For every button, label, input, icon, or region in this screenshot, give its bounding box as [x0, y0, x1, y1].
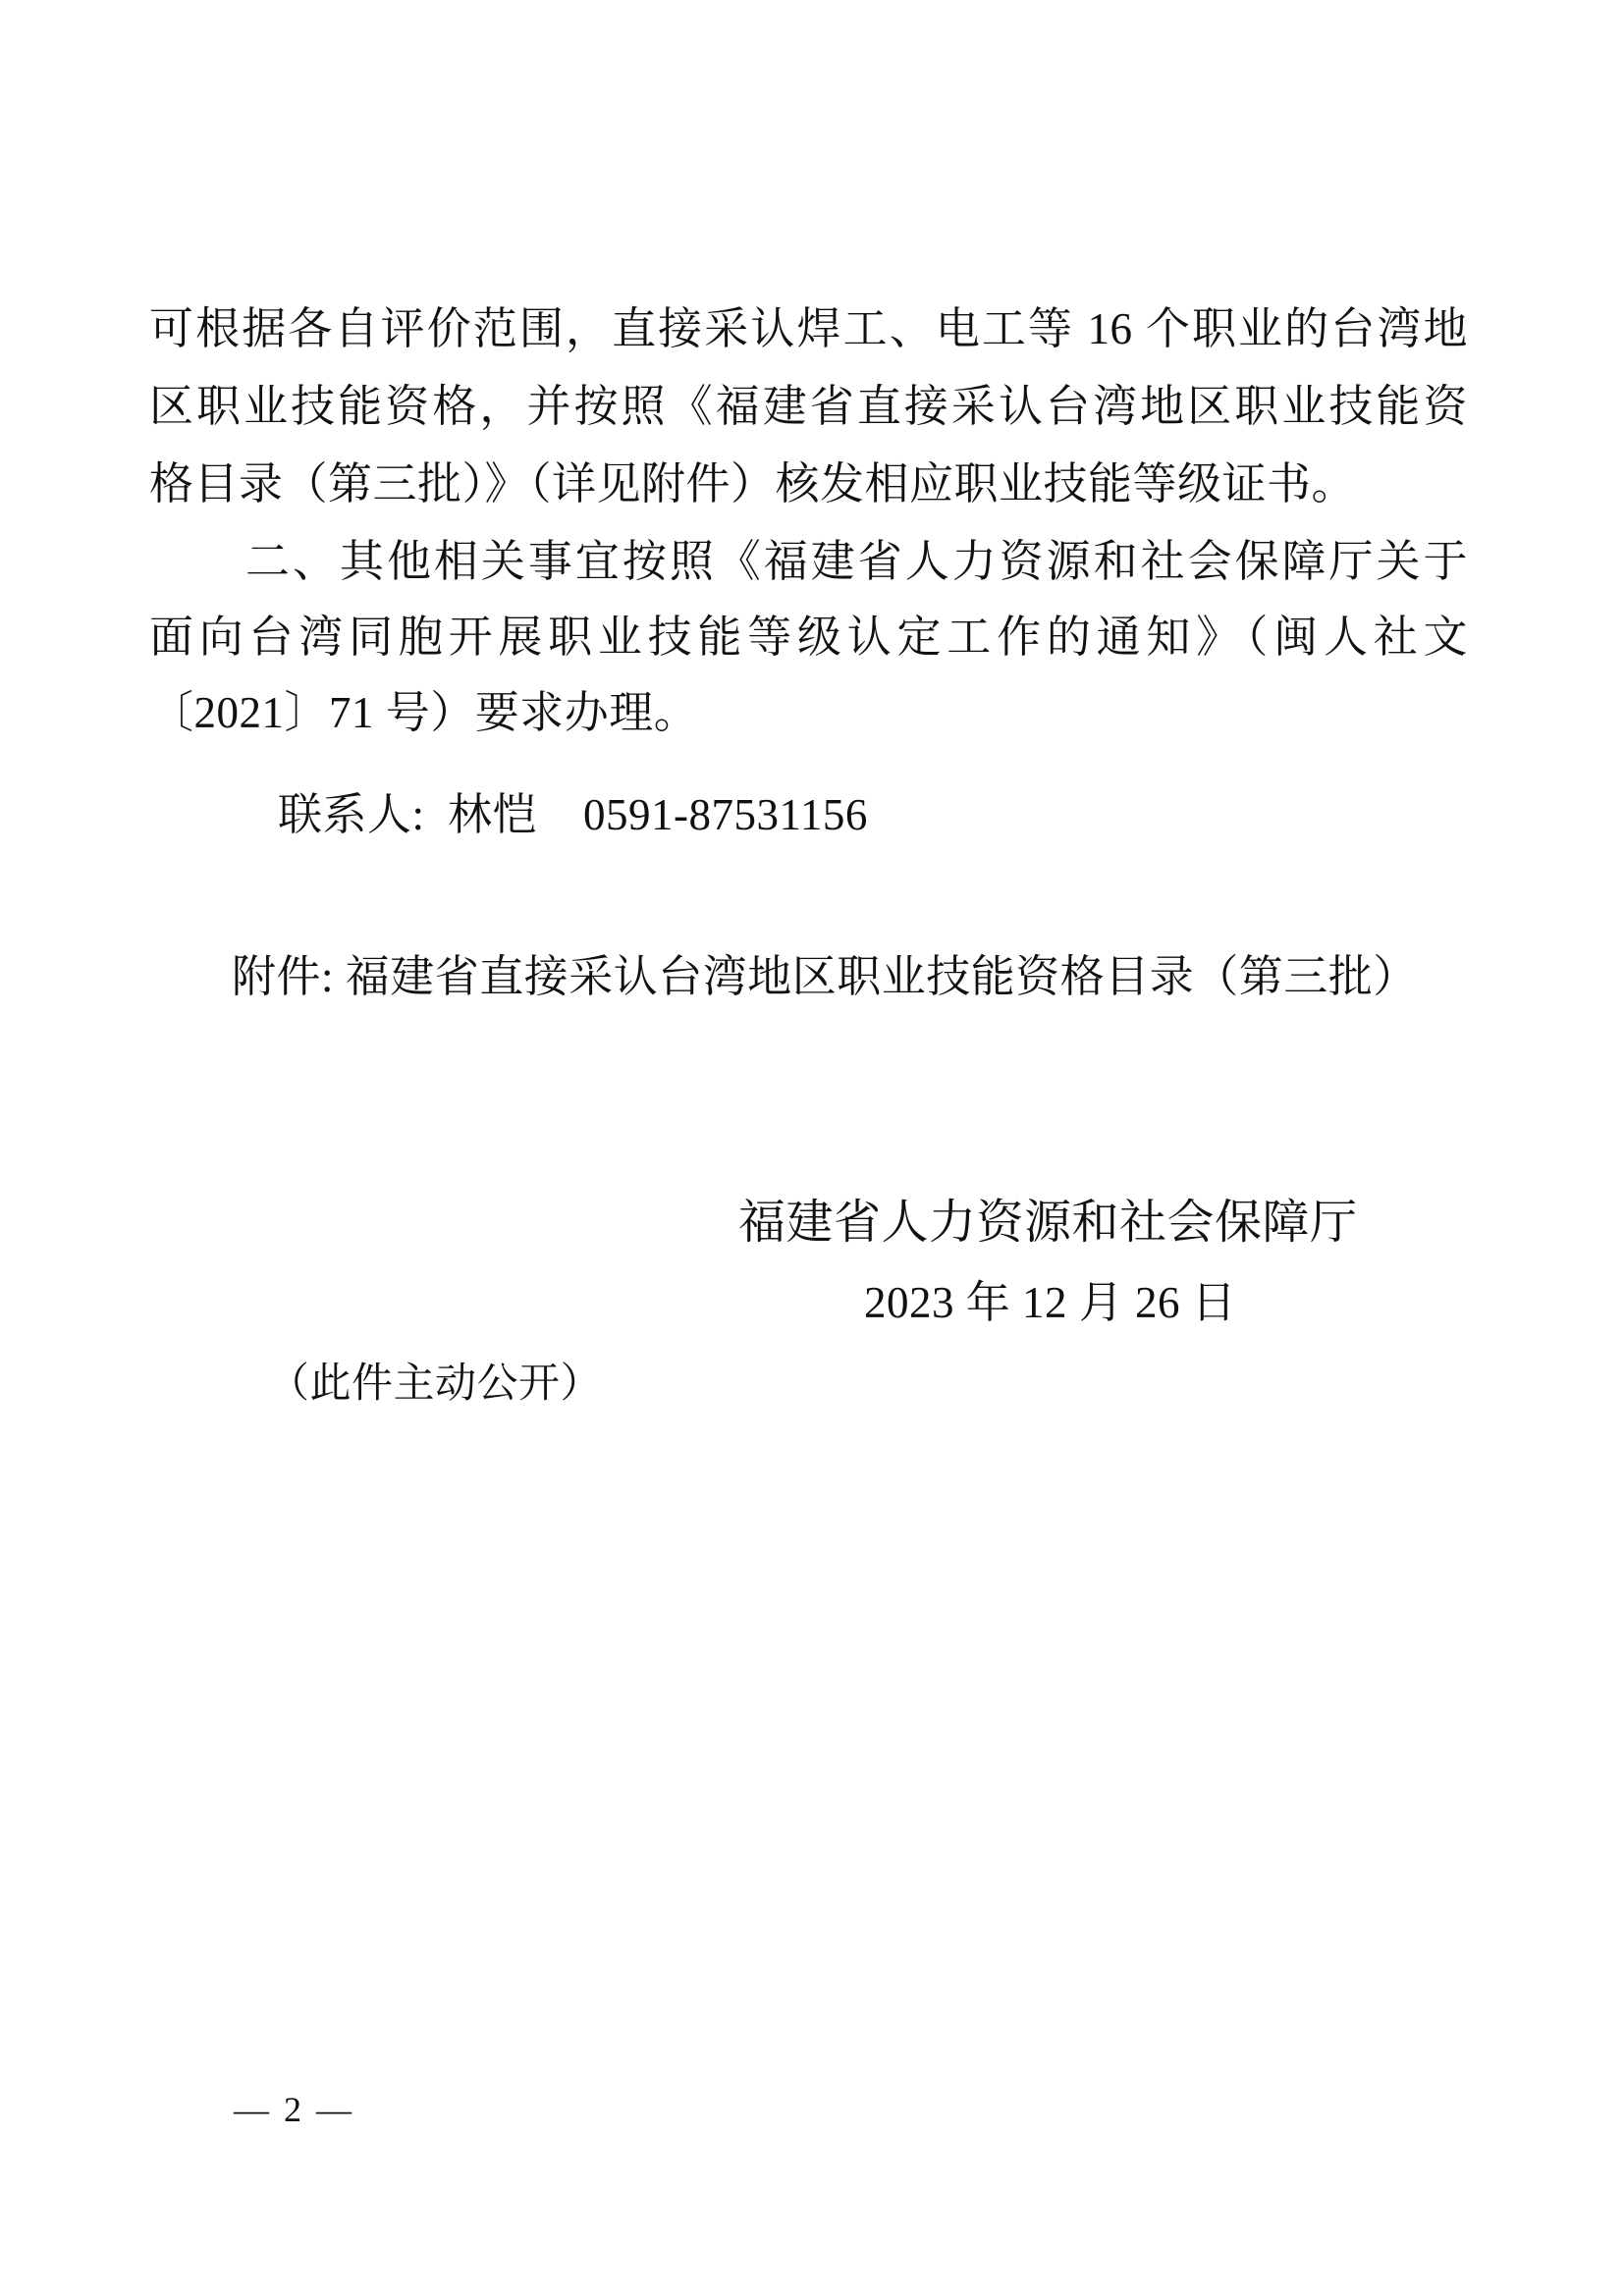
body-line-4: 二、其他相关事宜按照《福建省人力资源和社会保障厅关于	[245, 536, 1468, 588]
attachment-line: 附件: 福建省直接采认台湾地区职业技能资格目录（第三批）	[232, 951, 1418, 1003]
body-line-1: 可根据各自评价范围，直接采认焊工、电工等 16 个职业的台湾地	[149, 303, 1468, 355]
disclosure-note: （此件主动公开）	[268, 1361, 602, 1410]
page-number: — 2 —	[234, 2089, 354, 2130]
contact-line: 联系人: 林恺 0591-87531156	[278, 789, 868, 841]
body-line-3: 格目录（第三批）》（详见附件）核发相应职业技能等级证书。	[149, 458, 1356, 510]
body-line-2: 区职业技能资格，并按照《福建省直接采认台湾地区职业技能资	[149, 381, 1468, 433]
document-page: 可根据各自评价范围，直接采认焊工、电工等 16 个职业的台湾地 区职业技能资格，…	[0, 0, 1624, 2296]
issuing-authority: 福建省人力资源和社会保障厅	[738, 1196, 1358, 1252]
body-line-6: 〔2021〕71 号）要求办理。	[149, 687, 698, 739]
issue-date: 2023 年 12 月 26 日	[864, 1277, 1236, 1329]
body-line-5: 面向台湾同胞开展职业技能等级认定工作的通知》（闽人社文	[149, 612, 1468, 664]
